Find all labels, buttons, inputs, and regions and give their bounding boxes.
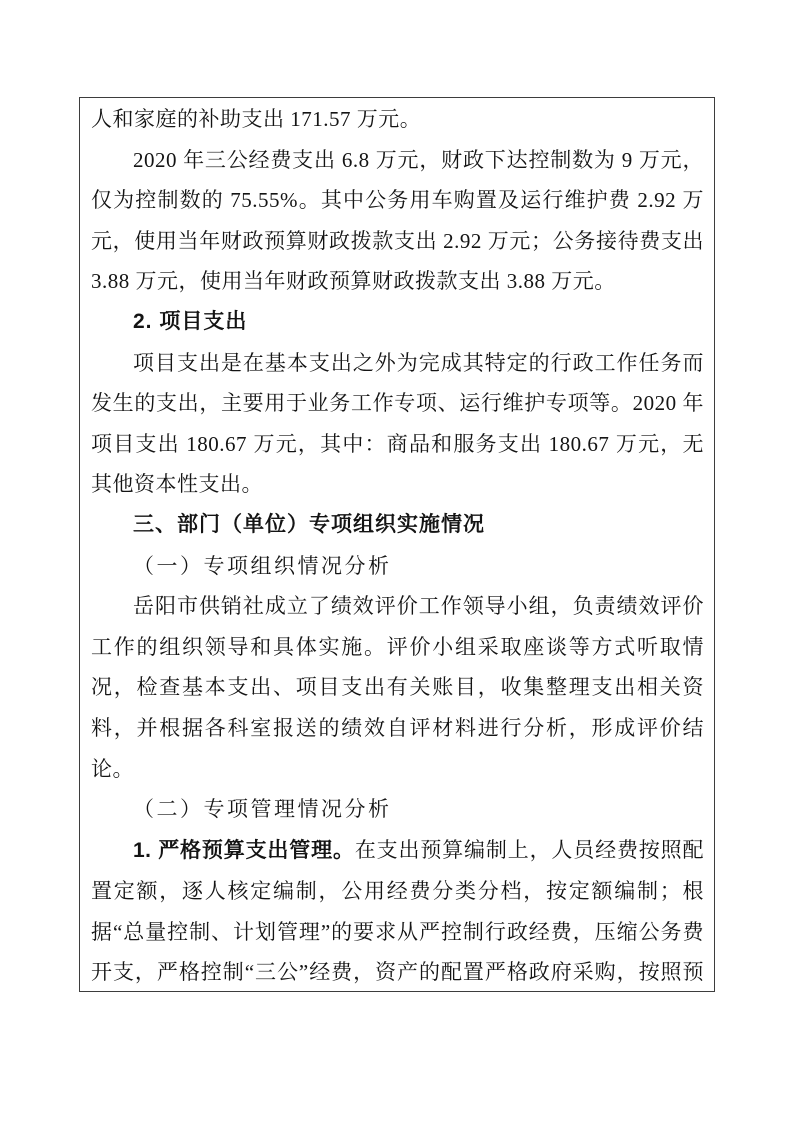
heading-organization-analysis: （一）专项组织情况分析 [91,546,704,587]
paragraph-evaluation-workgroup: 岳阳市供销社成立了绩效评价工作领导小组，负责绩效评价工作的组织领导和具体实施。评… [91,586,704,789]
heading-management-analysis: （二）专项管理情况分析 [91,789,704,830]
paragraph-subsidy-continuation: 人和家庭的补助支出 171.57 万元。 [91,99,704,140]
page-content-frame: 人和家庭的补助支出 171.57 万元。 2020 年三公经费支出 6.8 万元… [79,97,715,992]
paragraph-budget-management: 1. 严格预算支出管理。在支出预算编制上，人员经费按照配置定额，逐人核定编制，公… [91,830,704,992]
document-page: 人和家庭的补助支出 171.57 万元。 2020 年三公经费支出 6.8 万元… [0,0,793,1122]
paragraph-project-expenditure-detail: 项目支出是在基本支出之外为完成其特定的行政工作任务而发生的支出，主要用于业务工作… [91,343,704,505]
heading-project-expenditure: 2. 项目支出 [91,302,704,343]
budget-management-bold-lead: 1. 严格预算支出管理。 [133,839,355,862]
heading-section-three-organization: 三、部门（单位）专项组织实施情况 [91,505,704,546]
paragraph-three-public-expenses: 2020 年三公经费支出 6.8 万元，财政下达控制数为 9 万元，仅为控制数的… [91,140,704,302]
